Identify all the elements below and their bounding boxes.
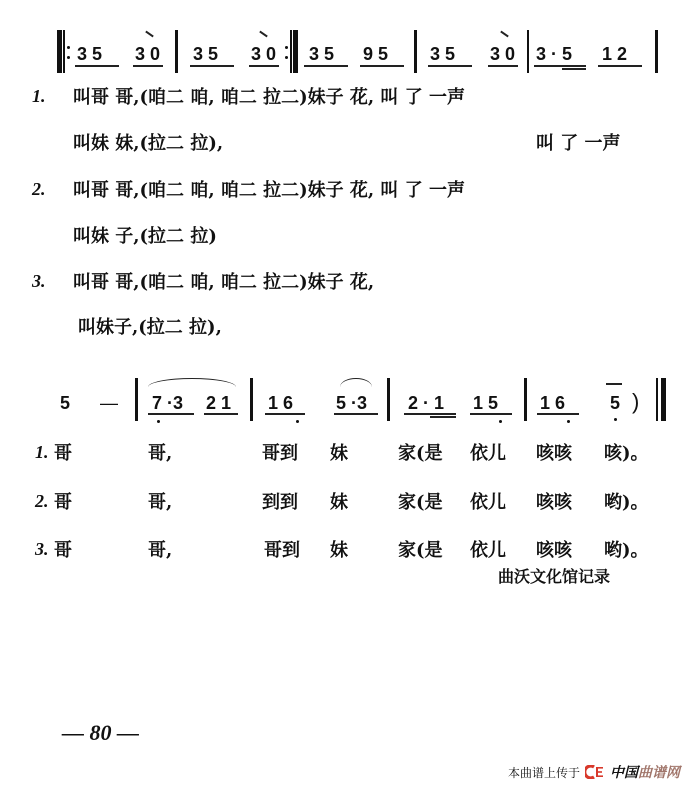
verse-number: 1. [35,442,49,463]
note-group: 2 · 1 [408,393,444,413]
repeat-end-barline [293,30,298,73]
lyric-word: 哥 [54,443,72,465]
slur-arc [340,378,372,387]
note-dash: — [100,393,118,413]
lyric-word: 咳咳 [536,443,572,465]
source-credit: 曲沃文化馆记录 [498,566,610,588]
lyric-word: 哥 [54,492,72,514]
barline [250,378,253,421]
verse-number: 2. [35,491,49,512]
lyric-word: 哟)。 [604,492,649,514]
repeat-dot [285,56,288,59]
beam-underline [488,65,518,67]
repeat-dot [285,46,288,49]
note-group: 1 5 [473,393,498,413]
repeat-dot [67,46,70,49]
repeat-start-barline [57,30,62,73]
verse-number: 1. [32,86,46,107]
repeat-start-thin [63,30,65,73]
note-group: 3 5 [193,44,218,64]
beam-underline [360,65,404,67]
barline [175,30,178,73]
note-group: 3 5 [77,44,102,64]
note-group: 5 ·3 [336,393,367,413]
site-name-part-a: 中国 [610,765,638,781]
barline [414,30,417,73]
closing-paren: ) [632,392,639,412]
site-name-link[interactable]: 中国曲谱网 [610,762,680,782]
beam-underline [334,413,378,415]
barline [135,378,138,421]
beam-underline-double [430,416,456,418]
note-group: 3 5 [430,44,455,64]
lyric-word: 哥 [54,540,72,562]
beam-underline [428,65,472,67]
overline-mark [606,383,622,385]
lyric-word: 家(是 [398,540,443,562]
lyric-word: 哟)。 [604,540,649,562]
lyric-word: 咳咳 [536,492,572,514]
barline [655,30,658,73]
site-name-part-b: 曲谱网 [638,765,680,781]
final-barline-thick [661,378,666,421]
barline [527,30,529,73]
low-octave-dot [296,420,299,423]
note-group: 5 [610,393,620,413]
lyric-word: 妹 [330,443,348,465]
upload-footer: 本曲谱上传于 中国曲谱网 [508,762,680,782]
slur-arc [148,378,236,387]
lyric-word: 依儿 [470,492,506,514]
note-group: 1 6 [268,393,293,413]
page-number: — 80 — [62,720,139,746]
note-group: 3 0 [135,44,160,64]
beam-underline [265,413,305,415]
repeat-dot [67,56,70,59]
lyric-word: 咳)。 [604,443,649,465]
beam-underline [133,65,163,67]
lyric-word: 家(是 [398,443,443,465]
beam-underline [249,65,279,67]
note-group: 1 2 [602,44,627,64]
ornament-mark [259,31,268,38]
lyric-word: 妹 [330,540,348,562]
note-group: 3 5 [309,44,334,64]
lyric-line-tail: 叫 了 一声 [536,133,621,155]
site-logo-icon[interactable] [585,765,605,779]
barline [387,378,390,421]
beam-underline [534,65,586,67]
note-group: 3 · 5 [536,44,572,64]
upload-text: 本曲谱上传于 [508,764,580,781]
low-octave-dot [567,420,570,423]
lyric-word: 咳咳 [536,540,572,562]
verse-number: 3. [35,539,49,560]
beam-underline [404,413,456,415]
note-group: 5 [60,393,70,413]
ornament-mark [145,31,154,38]
lyric-word: 妹 [330,492,348,514]
beam-underline [204,413,238,415]
lyric-word: 哥, [148,443,172,465]
note-group: 7 ·3 [152,393,183,413]
beam-underline [537,413,579,415]
note-group: 3 0 [251,44,276,64]
note-group: 9 5 [363,44,388,64]
low-octave-dot [157,420,160,423]
final-barline-thin [656,378,658,421]
lyric-line: 叫妹子,(拉二 拉), [78,317,222,339]
beam-underline-double [562,68,586,70]
repeat-end-thin [290,30,292,73]
note-group: 2 1 [206,393,231,413]
lyric-word: 依儿 [470,540,506,562]
lyric-line: 叫妹 妹,(拉二 拉), [73,133,223,155]
barline [524,378,527,421]
verse-number: 3. [32,271,46,292]
beam-underline [598,65,642,67]
verse-number: 2. [32,179,46,200]
ornament-mark [500,31,509,38]
low-octave-dot [499,420,502,423]
beam-underline [304,65,348,67]
beam-underline [470,413,512,415]
lyric-word: 依儿 [470,443,506,465]
beam-underline [148,413,194,415]
lyric-line: 叫哥 哥,(咱二 咱, 咱二 拉二)妹子 花, 叫 了 一声 [73,180,465,202]
beam-underline [75,65,119,67]
lyric-word: 哥到 [262,443,298,465]
lyric-line: 叫妹 子,(拉二 拉) [73,226,217,248]
lyric-word: 哥, [148,540,172,562]
lyric-word: 哥到 [264,540,300,562]
low-octave-dot [614,418,617,421]
lyric-word: 哥, [148,492,172,514]
lyric-line: 叫哥 哥,(咱二 咱, 咱二 拉二)妹子 花, [73,272,374,294]
beam-underline [190,65,234,67]
note-group: 1 6 [540,393,565,413]
note-group: 3 0 [490,44,515,64]
lyric-word: 家(是 [398,492,443,514]
lyric-line: 叫哥 哥,(咱二 咱, 咱二 拉二)妹子 花, 叫 了 一声 [73,87,465,109]
lyric-word: 到到 [262,492,298,514]
